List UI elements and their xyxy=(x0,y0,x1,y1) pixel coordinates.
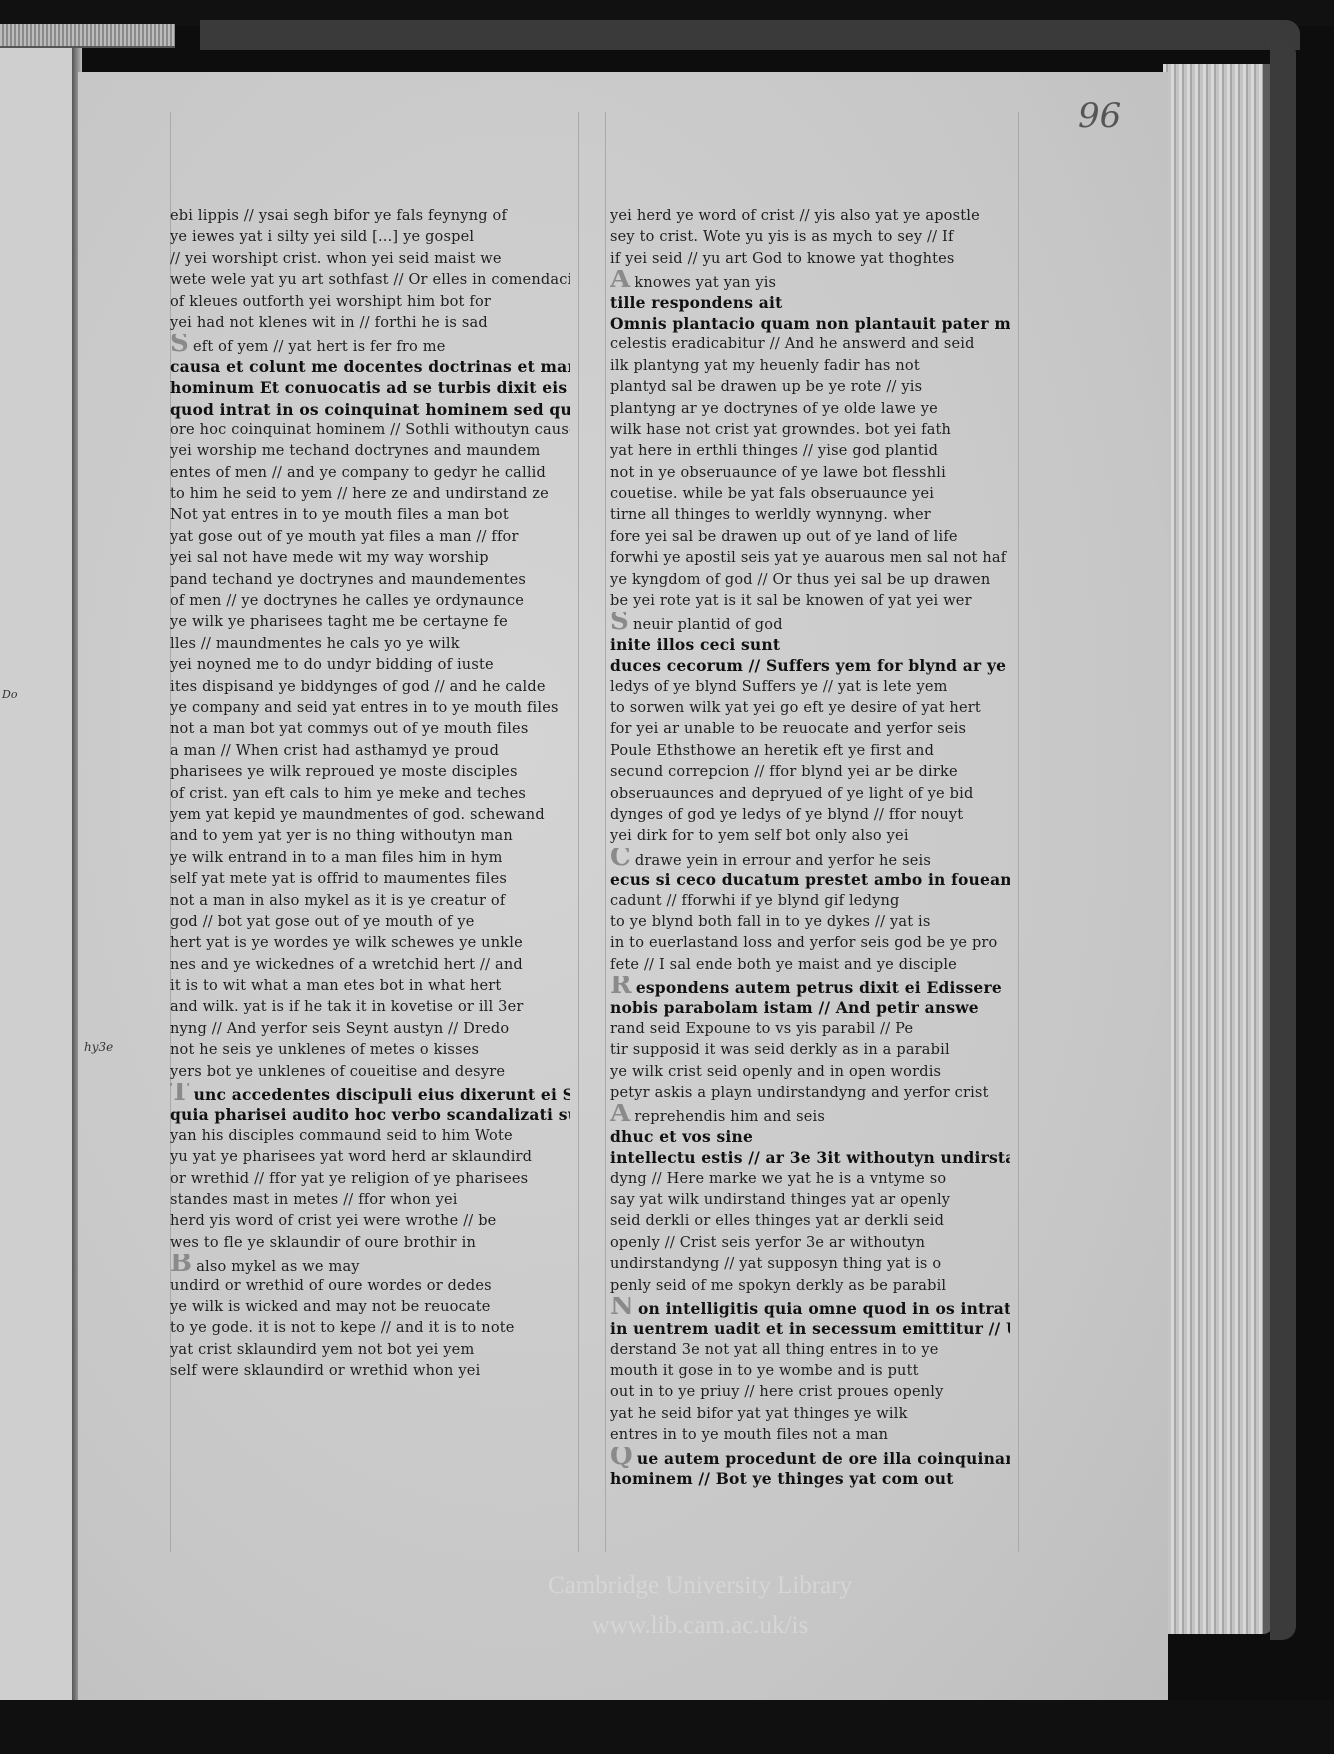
line-text: knowes yat yan yis xyxy=(634,275,776,291)
line-text: intellectu estis // ar 3e 3it withoutyn … xyxy=(610,1148,1010,1167)
line-text: causa et colunt me docentes doctrinas et… xyxy=(170,357,570,376)
text-line: not a man bot yat commys out of ye mouth… xyxy=(170,719,570,740)
latin-text-line: Respondens autem petrus dixit ei Edisser… xyxy=(610,976,1010,997)
text-line: ilk plantyng yat my heuenly fadir has no… xyxy=(610,356,1010,377)
text-line: ye iewes yat i silty yei sild [...] ye g… xyxy=(170,227,570,248)
text-line: yei noyned me to do undyr bidding of ius… xyxy=(170,655,570,676)
line-text: wete wele yat yu art sothfast // Or elle… xyxy=(170,272,570,288)
text-line: yei worship me techand doctrynes and mau… xyxy=(170,441,570,462)
latin-text-line: quod intrat in os coinquinat hominem sed… xyxy=(170,399,570,420)
line-text: ye kyngdom of god // Or thus yei sal be … xyxy=(610,572,990,588)
line-text: seid derkli or elles thinges yat ar derk… xyxy=(610,1213,944,1229)
line-text: dhuc et vos sine xyxy=(610,1127,753,1146)
line-text: ore hoc coinquinat hominem // Sothli wit… xyxy=(170,422,570,438)
line-text: duces cecorum // Suffers yem for blynd a… xyxy=(610,656,1006,675)
text-line: ye wilk ye pharisees taght me be certayn… xyxy=(170,612,570,633)
line-text: forwhi ye apostil seis yat ye auarous me… xyxy=(610,550,1006,566)
latin-text-line: intellectu estis // ar 3e 3it withoutyn … xyxy=(610,1147,1010,1168)
text-line: ore hoc coinquinat hominem // Sothli wit… xyxy=(170,420,570,441)
line-text: on intelligitis quia omne quod in os int… xyxy=(638,1299,1010,1318)
line-text: neuir plantid of god xyxy=(633,617,783,633)
line-text: entres in to ye mouth files not a man xyxy=(610,1427,888,1443)
text-line: seid derkli or elles thinges yat ar derk… xyxy=(610,1211,1010,1232)
line-text: tir supposid it was seid derkly as in a … xyxy=(610,1042,950,1058)
line-text: secund correpcion // ffor blynd yei ar b… xyxy=(610,764,958,780)
background-bottom xyxy=(0,1700,1334,1754)
text-line: god // bot yat gose out of ye mouth of y… xyxy=(170,912,570,933)
line-text: mouth it gose in to ye wombe and is putt xyxy=(610,1363,919,1379)
text-line: ebi lippis // ysai segh bifor ye fals fe… xyxy=(170,206,570,227)
line-text: to ye blynd both fall in to ye dykes // … xyxy=(610,914,931,930)
text-line: yat here in erthli thinges // yise god p… xyxy=(610,441,1010,462)
text-line: be yei rote yat is it sal be knowen of y… xyxy=(610,591,1010,612)
ruling-line xyxy=(1018,112,1019,1552)
text-line: in to euerlastand loss and yerfor seis g… xyxy=(610,933,1010,954)
text-line: a man // When crist had asthamyd ye prou… xyxy=(170,741,570,762)
text-line: petyr askis a playn undirstandyng and ye… xyxy=(610,1083,1010,1104)
text-line: dyng // Here marke we yat he is a vntyme… xyxy=(610,1169,1010,1190)
decorated-initial: A xyxy=(610,270,630,288)
text-line: plantyd sal be drawen up be ye rote // y… xyxy=(610,377,1010,398)
text-line: // yei worshipt crist. whon yei seid mai… xyxy=(170,249,570,270)
text-line: yan his disciples commaund seid to him W… xyxy=(170,1126,570,1147)
line-text: unc accedentes discipuli eius dixerunt e… xyxy=(194,1085,570,1104)
text-line: and wilk. yat is if he tak it in kovetis… xyxy=(170,997,570,1018)
line-text: god // bot yat gose out of ye mouth of y… xyxy=(170,914,475,930)
text-line: Cdrawe yein in errour and yerfor he seis xyxy=(610,848,1010,869)
text-line: cadunt // fforwhi if ye blynd gif ledyng xyxy=(610,891,1010,912)
line-text: wes to fle ye sklaundir of oure brothir … xyxy=(170,1235,476,1251)
text-line: nes and ye wickednes of a wretchid hert … xyxy=(170,955,570,976)
line-text: out in to ye priuy // here crist proues … xyxy=(610,1384,944,1400)
line-text: yers bot ye unklenes of coueitise and de… xyxy=(170,1064,505,1080)
line-text: eft of yem // yat hert is fer fro me xyxy=(193,339,446,355)
line-text: openly // Crist seis yerfor 3e ar withou… xyxy=(610,1235,925,1251)
text-line: yat gose out of ye mouth yat files a man… xyxy=(170,527,570,548)
text-line: lles // maundmentes he cals yo ye wilk xyxy=(170,634,570,655)
text-line: openly // Crist seis yerfor 3e ar withou… xyxy=(610,1233,1010,1254)
latin-text-line: dhuc et vos sine xyxy=(610,1126,1010,1147)
line-text: say yat wilk undirstand thinges yat ar o… xyxy=(610,1192,950,1208)
decorated-initial: C xyxy=(610,848,631,866)
text-line: ye wilk crist seid openly and in open wo… xyxy=(610,1062,1010,1083)
line-text: nyng // And yerfor seis Seynt austyn // … xyxy=(170,1021,509,1037)
text-line: say yat wilk undirstand thinges yat ar o… xyxy=(610,1190,1010,1211)
text-line: Areprehendis him and seis xyxy=(610,1104,1010,1125)
text-line: hert yat is ye wordes ye wilk schewes ye… xyxy=(170,933,570,954)
text-line: of men // ye doctrynes he calles ye ordy… xyxy=(170,591,570,612)
line-text: pharisees ye wilk reproued ye moste disc… xyxy=(170,764,518,780)
text-line: fore yei sal be drawen up out of ye land… xyxy=(610,527,1010,548)
line-text: not a man in also mykel as it is ye crea… xyxy=(170,893,505,909)
decorated-initial: Q xyxy=(610,1447,633,1465)
line-text: to ye gode. it is not to kepe // and it … xyxy=(170,1320,515,1336)
text-line: plantyng ar ye doctrynes of ye olde lawe… xyxy=(610,399,1010,420)
text-line: fete // I sal ende both ye maist and ye … xyxy=(610,955,1010,976)
line-text: ye company and seid yat entres in to ye … xyxy=(170,700,559,716)
text-line: yem yat kepid ye maundmentes of god. sch… xyxy=(170,805,570,826)
ruling-line xyxy=(578,112,579,1552)
line-text: and wilk. yat is if he tak it in kovetis… xyxy=(170,999,524,1015)
line-text: derstand 3e not yat all thing entres in … xyxy=(610,1342,939,1358)
line-text: ledys of ye blynd Suffers ye // yat is l… xyxy=(610,679,948,695)
line-text: dyng // Here marke we yat he is a vntyme… xyxy=(610,1171,946,1187)
line-text: hominem // Bot ye thinges yat com out xyxy=(610,1469,954,1488)
line-text: ites dispisand ye biddynges of god // an… xyxy=(170,679,546,695)
line-text: if yei seid // yu art God to knowe yat t… xyxy=(610,251,955,267)
line-text: dynges of god ye ledys of ye blynd // ff… xyxy=(610,807,963,823)
line-text: ebi lippis // ysai segh bifor ye fals fe… xyxy=(170,208,507,224)
latin-text-line: in uentrem uadit et in secessum emittitu… xyxy=(610,1318,1010,1339)
line-text: yei herd ye word of crist // yis also ya… xyxy=(610,208,980,224)
line-text: Not yat entres in to ye mouth files a ma… xyxy=(170,507,509,523)
line-text: self yat mete yat is offrid to maumentes… xyxy=(170,871,507,887)
line-text: yat here in erthli thinges // yise god p… xyxy=(610,443,938,459)
text-line: herd yis word of crist yei were wrothe /… xyxy=(170,1211,570,1232)
line-text: inite illos ceci sunt xyxy=(610,635,780,654)
line-text: couetise. while be yat fals obseruaunce … xyxy=(610,486,934,502)
watermark-line-2: www.lib.cam.ac.uk/is xyxy=(500,1612,900,1640)
text-line: penly seid of me spokyn derkly as be par… xyxy=(610,1276,1010,1297)
ruling-line xyxy=(605,112,606,1552)
line-text: drawe yein in errour and yerfor he seis xyxy=(635,853,931,869)
text-line: celestis eradicabitur // And he answerd … xyxy=(610,334,1010,355)
line-text: petyr askis a playn undirstandyng and ye… xyxy=(610,1085,989,1101)
text-line: ites dispisand ye biddynges of god // an… xyxy=(170,677,570,698)
line-text: it is to wit what a man etes bot in what… xyxy=(170,978,501,994)
text-line: self yat mete yat is offrid to maumentes… xyxy=(170,869,570,890)
text-line: or wrethid // ffor yat ye religion of ye… xyxy=(170,1169,570,1190)
latin-text-line: Tunc accedentes discipuli eius dixerunt … xyxy=(170,1083,570,1104)
line-text: lles // maundmentes he cals yo ye wilk xyxy=(170,636,460,652)
text-line: to sorwen wilk yat yei go eft ye desire … xyxy=(610,698,1010,719)
latin-text-line: inite illos ceci sunt xyxy=(610,634,1010,655)
line-text: to him he seid to yem // here ze and und… xyxy=(170,486,549,502)
latin-text-line: quia pharisei audito hoc verbo scandaliz… xyxy=(170,1104,570,1125)
decorated-initial: S xyxy=(610,612,629,630)
fore-edge-page-stack xyxy=(1163,64,1273,1634)
text-line: undird or wrethid of oure wordes or dede… xyxy=(170,1276,570,1297)
latin-text-line: hominem // Bot ye thinges yat com out xyxy=(610,1468,1010,1489)
line-text: yat gose out of ye mouth yat files a man… xyxy=(170,529,519,545)
latin-text-line: Omnis plantacio quam non plantauit pater… xyxy=(610,313,1010,334)
line-text: undirstandyng // yat supposyn thing yat … xyxy=(610,1256,941,1272)
text-line: Not yat entres in to ye mouth files a ma… xyxy=(170,505,570,526)
text-line: yei sal not have mede wit my way worship xyxy=(170,548,570,569)
line-text: Omnis plantacio quam non plantauit pater… xyxy=(610,314,1010,333)
line-text: self were sklaundird or wrethid whon yei xyxy=(170,1363,480,1379)
line-text: pand techand ye doctrynes and maundement… xyxy=(170,572,526,588)
text-line: not a man in also mykel as it is ye crea… xyxy=(170,891,570,912)
text-column-left: ebi lippis // ysai segh bifor ye fals fe… xyxy=(170,206,570,1382)
latin-text-line: duces cecorum // Suffers yem for blynd a… xyxy=(610,655,1010,676)
text-line: of kleues outforth yei worshipt him bot … xyxy=(170,292,570,313)
text-line: not in ye obseruaunce of ye lawe bot fle… xyxy=(610,463,1010,484)
line-text: ecus si ceco ducatum prestet ambo in fou… xyxy=(610,870,1010,889)
text-line: wes to fle ye sklaundir of oure brothir … xyxy=(170,1233,570,1254)
line-text: hert yat is ye wordes ye wilk schewes ye… xyxy=(170,935,523,951)
text-line: mouth it gose in to ye wombe and is putt xyxy=(610,1361,1010,1382)
line-text: reprehendis him and seis xyxy=(634,1109,825,1125)
line-text: ye wilk entrand in to a man files him in… xyxy=(170,850,503,866)
text-line: yei dirk for to yem self bot only also y… xyxy=(610,826,1010,847)
line-text: ye wilk is wicked and may not be reuocat… xyxy=(170,1299,491,1315)
text-line: Aknowes yat yan yis xyxy=(610,270,1010,291)
latin-text-line: causa et colunt me docentes doctrinas et… xyxy=(170,356,570,377)
text-line: rand seid Expoune to vs yis parabil // P… xyxy=(610,1019,1010,1040)
line-text: // yei worshipt crist. whon yei seid mai… xyxy=(170,251,502,267)
text-line: Poule Ethsthowe an heretik eft ye first … xyxy=(610,741,1010,762)
line-text: of kleues outforth yei worshipt him bot … xyxy=(170,294,491,310)
text-column-right: yei herd ye word of crist // yis also ya… xyxy=(610,206,1010,1489)
text-line: for yei ar unable to be reuocate and yer… xyxy=(610,719,1010,740)
line-text: hominum Et conuocatis ad se turbis dixit… xyxy=(170,378,570,397)
text-line: nyng // And yerfor seis Seynt austyn // … xyxy=(170,1019,570,1040)
line-text: nobis parabolam istam // And petir answe xyxy=(610,998,979,1017)
left-leaf-edge: Do xyxy=(0,48,78,1728)
text-line: ye wilk is wicked and may not be reuocat… xyxy=(170,1297,570,1318)
latin-text-line: tille respondens ait xyxy=(610,292,1010,313)
line-text: yei sal not have mede wit my way worship xyxy=(170,550,489,566)
latin-text-line: Non intelligitis quia omne quod in os in… xyxy=(610,1297,1010,1318)
line-text: tirne all thinges to werldly wynnyng. wh… xyxy=(610,507,931,523)
headband xyxy=(0,24,175,48)
line-text: plantyd sal be drawen up be ye rote // y… xyxy=(610,379,922,395)
line-text: obseruaunces and depryued of ye light of… xyxy=(610,786,973,802)
text-line: undirstandyng // yat supposyn thing yat … xyxy=(610,1254,1010,1275)
line-text: yei worship me techand doctrynes and mau… xyxy=(170,443,541,459)
line-text: quia pharisei audito hoc verbo scandaliz… xyxy=(170,1105,570,1124)
text-line: tir supposid it was seid derkly as in a … xyxy=(610,1040,1010,1061)
watermark-line-1: Cambridge University Library xyxy=(500,1572,900,1600)
line-text: yat crist sklaundird yem not bot yei yem xyxy=(170,1342,474,1358)
line-text: in uentrem uadit et in secessum emittitu… xyxy=(610,1319,1010,1338)
folio-number: 96 xyxy=(1078,96,1121,136)
line-text: standes mast in metes // ffor whon yei xyxy=(170,1192,458,1208)
line-text: yei dirk for to yem self bot only also y… xyxy=(610,828,909,844)
decorated-initial: T xyxy=(170,1083,190,1101)
line-text: yei noyned me to do undyr bidding of ius… xyxy=(170,657,494,673)
line-text: yei had not klenes wit in // forthi he i… xyxy=(170,315,488,331)
text-line: yei had not klenes wit in // forthi he i… xyxy=(170,313,570,334)
line-text: ye iewes yat i silty yei sild [...] ye g… xyxy=(170,229,474,245)
text-line: self were sklaundird or wrethid whon yei xyxy=(170,1361,570,1382)
line-text: fore yei sal be drawen up out of ye land… xyxy=(610,529,958,545)
text-line: to him he seid to yem // here ze and und… xyxy=(170,484,570,505)
line-text: Poule Ethsthowe an heretik eft ye first … xyxy=(610,743,934,759)
text-line: yers bot ye unklenes of coueitise and de… xyxy=(170,1062,570,1083)
decorated-initial: B xyxy=(170,1254,192,1272)
text-line: forwhi ye apostil seis yat ye auarous me… xyxy=(610,548,1010,569)
text-line: tirne all thinges to werldly wynnyng. wh… xyxy=(610,505,1010,526)
decorated-initial: R xyxy=(610,976,632,994)
text-line: entres in to ye mouth files not a man xyxy=(610,1425,1010,1446)
line-text: ilk plantyng yat my heuenly fadir has no… xyxy=(610,358,920,374)
latin-text-line: nobis parabolam istam // And petir answe xyxy=(610,997,1010,1018)
latin-text-line: Que autem procedunt de ore illa coinquin… xyxy=(610,1447,1010,1468)
line-text: ue autem procedunt de ore illa coinquina… xyxy=(637,1449,1010,1468)
decorated-initial: N xyxy=(610,1297,634,1315)
line-text: yem yat kepid ye maundmentes of god. sch… xyxy=(170,807,545,823)
text-line: if yei seid // yu art God to knowe yat t… xyxy=(610,249,1010,270)
text-line: entes of men // and ye company to gedyr … xyxy=(170,463,570,484)
text-line: and to yem yat yer is no thing withoutyn… xyxy=(170,826,570,847)
text-line: ye kyngdom of god // Or thus yei sal be … xyxy=(610,570,1010,591)
line-text: plantyng ar ye doctrynes of ye olde lawe… xyxy=(610,401,938,417)
marginal-note: hy3e xyxy=(84,1040,113,1054)
line-text: not he seis ye unklenes of metes o kisse… xyxy=(170,1042,479,1058)
text-line: couetise. while be yat fals obseruaunce … xyxy=(610,484,1010,505)
text-line: sey to crist. Wote yu yis is as mych to … xyxy=(610,227,1010,248)
line-text: undird or wrethid of oure wordes or dede… xyxy=(170,1278,492,1294)
line-text: tille respondens ait xyxy=(610,293,782,312)
text-line: yei herd ye word of crist // yis also ya… xyxy=(610,206,1010,227)
text-line: pand techand ye doctrynes and maundement… xyxy=(170,570,570,591)
text-line: out in to ye priuy // here crist proues … xyxy=(610,1382,1010,1403)
binding-board-right xyxy=(1270,40,1296,1640)
text-line: Seft of yem // yat hert is fer fro me xyxy=(170,334,570,355)
line-text: nes and ye wickednes of a wretchid hert … xyxy=(170,957,523,973)
line-text: rand seid Expoune to vs yis parabil // P… xyxy=(610,1021,913,1037)
line-text: of men // ye doctrynes he calles ye ordy… xyxy=(170,593,524,609)
text-line: standes mast in metes // ffor whon yei xyxy=(170,1190,570,1211)
line-text: cadunt // fforwhi if ye blynd gif ledyng xyxy=(610,893,899,909)
text-line: ledys of ye blynd Suffers ye // yat is l… xyxy=(610,677,1010,698)
line-text: and to yem yat yer is no thing withoutyn… xyxy=(170,828,513,844)
text-line: derstand 3e not yat all thing entres in … xyxy=(610,1340,1010,1361)
decorated-initial: A xyxy=(610,1104,630,1122)
text-line: yat crist sklaundird yem not bot yei yem xyxy=(170,1340,570,1361)
line-text: sey to crist. Wote yu yis is as mych to … xyxy=(610,229,954,245)
line-text: quod intrat in os coinquinat hominem sed… xyxy=(170,400,570,419)
line-text: fete // I sal ende both ye maist and ye … xyxy=(610,957,957,973)
line-text: wilk hase not crist yat growndes. bot ye… xyxy=(610,422,951,438)
text-line: dynges of god ye ledys of ye blynd // ff… xyxy=(610,805,1010,826)
line-text: ye wilk ye pharisees taght me be certayn… xyxy=(170,614,508,630)
text-line: ye company and seid yat entres in to ye … xyxy=(170,698,570,719)
text-line: pharisees ye wilk reproued ye moste disc… xyxy=(170,762,570,783)
line-text: not a man bot yat commys out of ye mouth… xyxy=(170,721,528,737)
line-text: for yei ar unable to be reuocate and yer… xyxy=(610,721,966,737)
text-line: Sneuir plantid of god xyxy=(610,612,1010,633)
line-text: of crist. yan eft cals to him ye meke an… xyxy=(170,786,526,802)
text-line: ye wilk entrand in to a man files him in… xyxy=(170,848,570,869)
line-text: to sorwen wilk yat yei go eft ye desire … xyxy=(610,700,981,716)
text-line: obseruaunces and depryued of ye light of… xyxy=(610,784,1010,805)
text-line: to ye blynd both fall in to ye dykes // … xyxy=(610,912,1010,933)
line-text: also mykel as we may xyxy=(196,1259,360,1275)
line-text: penly seid of me spokyn derkly as be par… xyxy=(610,1278,946,1294)
decorated-initial: S xyxy=(170,334,189,352)
text-line: to ye gode. it is not to kepe // and it … xyxy=(170,1318,570,1339)
latin-text-line: hominum Et conuocatis ad se turbis dixit… xyxy=(170,377,570,398)
line-text: a man // When crist had asthamyd ye prou… xyxy=(170,743,499,759)
marginal-note: Do xyxy=(2,688,17,701)
line-text: or wrethid // ffor yat ye religion of ye… xyxy=(170,1171,528,1187)
line-text: espondens autem petrus dixit ei Edissere xyxy=(636,978,1002,997)
text-line: yat he seid bifor yat yat thinges ye wil… xyxy=(610,1404,1010,1425)
latin-text-line: ecus si ceco ducatum prestet ambo in fou… xyxy=(610,869,1010,890)
text-line: of crist. yan eft cals to him ye meke an… xyxy=(170,784,570,805)
text-line: yu yat ye pharisees yat word herd ar skl… xyxy=(170,1147,570,1168)
binding-board-top xyxy=(200,20,1300,50)
line-text: herd yis word of crist yei were wrothe /… xyxy=(170,1213,496,1229)
text-line: it is to wit what a man etes bot in what… xyxy=(170,976,570,997)
line-text: in to euerlastand loss and yerfor seis g… xyxy=(610,935,998,951)
line-text: entes of men // and ye company to gedyr … xyxy=(170,465,546,481)
text-line: wete wele yat yu art sothfast // Or elle… xyxy=(170,270,570,291)
line-text: yu yat ye pharisees yat word herd ar skl… xyxy=(170,1149,532,1165)
line-text: celestis eradicabitur // And he answerd … xyxy=(610,336,975,352)
line-text: ye wilk crist seid openly and in open wo… xyxy=(610,1064,941,1080)
text-line: Balso mykel as we may xyxy=(170,1254,570,1275)
line-text: be yei rote yat is it sal be knowen of y… xyxy=(610,593,972,609)
text-line: secund correpcion // ffor blynd yei ar b… xyxy=(610,762,1010,783)
line-text: yat he seid bifor yat yat thinges ye wil… xyxy=(610,1406,908,1422)
text-line: wilk hase not crist yat growndes. bot ye… xyxy=(610,420,1010,441)
line-text: yan his disciples commaund seid to him W… xyxy=(170,1128,513,1144)
text-line: not he seis ye unklenes of metes o kisse… xyxy=(170,1040,570,1061)
line-text: not in ye obseruaunce of ye lawe bot fle… xyxy=(610,465,946,481)
